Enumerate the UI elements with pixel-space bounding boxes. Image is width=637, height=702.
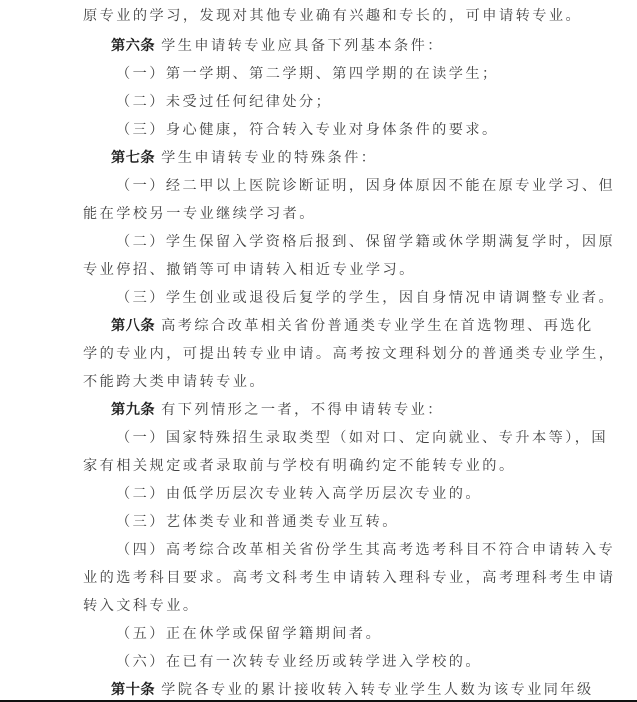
article-number: 第八条	[111, 318, 155, 334]
text-line: （一）经二甲以上医院诊断证明，因身体原因不能在原专业学习、但	[116, 176, 615, 196]
text-line: （二）未受过任何纪律处分；	[116, 92, 332, 112]
article-text: 学生申请转专业的特殊条件：	[161, 150, 377, 166]
article-text: 学生申请转专业应具备下列基本条件：	[161, 38, 444, 54]
article-6-heading: 第六条学生申请转专业应具备下列基本条件：	[111, 36, 444, 56]
text-line: （三）艺体类专业和普通类专业互转。	[116, 512, 399, 532]
document-page: 原专业的学习，发现对其他专业确有兴趣和专长的，可申请转专业。 第六条学生申请转专…	[0, 0, 637, 700]
article-9-heading: 第九条有下列情形之一者，不得申请转专业：	[111, 400, 444, 420]
text-line: （三）学生创业或退役后复学的学生，因自身情况申请调整专业者。	[116, 288, 615, 308]
article-8-heading: 第八条高考综合改革相关省份普通类专业学生在首选物理、再选化	[111, 316, 594, 336]
article-text: 学院各专业的累计接收转入转专业学生人数为该专业同年级	[161, 682, 594, 698]
article-number: 第六条	[111, 38, 155, 54]
article-text: 高考综合改革相关省份普通类专业学生在首选物理、再选化	[161, 318, 594, 334]
text-line: 能在学校另一专业继续学习者。	[83, 204, 316, 224]
text-line: （二）学生保留入学资格后报到、保留学籍或休学期满复学时，因原	[116, 232, 615, 252]
text-line: 转入文科专业。	[83, 596, 199, 616]
text-line: 专业停招、撤销等可申请转入相近专业学习。	[83, 260, 416, 280]
article-10-heading: 第十条学院各专业的累计接收转入转专业学生人数为该专业同年级	[111, 680, 594, 700]
text-line: （六）在已有一次转专业经历或转学进入学校的。	[116, 652, 482, 672]
text-line: 家有相关规定或者录取前与学校有明确约定不能转专业的。	[83, 456, 516, 476]
text-line: （二）由低学历层次专业转入高学历层次专业的。	[116, 484, 482, 504]
text-line: （四）高考综合改革相关省份学生其高考选考科目不符合申请转入专	[116, 540, 615, 560]
article-number: 第十条	[111, 682, 155, 698]
article-text: 有下列情形之一者，不得申请转专业：	[161, 402, 444, 418]
text-line: 业的选考科目要求。高考文科考生申请转入理科专业，高考理科考生申请	[83, 568, 615, 588]
text-line: 原专业的学习，发现对其他专业确有兴趣和专长的，可申请转专业。	[83, 6, 582, 26]
article-7-heading: 第七条学生申请转专业的特殊条件：	[111, 148, 377, 168]
text-line: 学的专业内，可提出转专业申请。高考按文理科划分的普通类专业学生，	[83, 344, 615, 364]
article-number: 第七条	[111, 150, 155, 166]
text-line: （三）身心健康，符合转入专业对身体条件的要求。	[116, 120, 499, 140]
text-line: （一）国家特殊招生录取类型（如对口、定向就业、专升本等），国	[116, 428, 608, 448]
text-line: （五）正在休学或保留学籍期间者。	[116, 624, 382, 644]
text-line: 不能跨大类申请转专业。	[83, 372, 266, 392]
text-line: （一）第一学期、第二学期、第四学期的在读学生；	[116, 64, 499, 84]
article-number: 第九条	[111, 402, 155, 418]
